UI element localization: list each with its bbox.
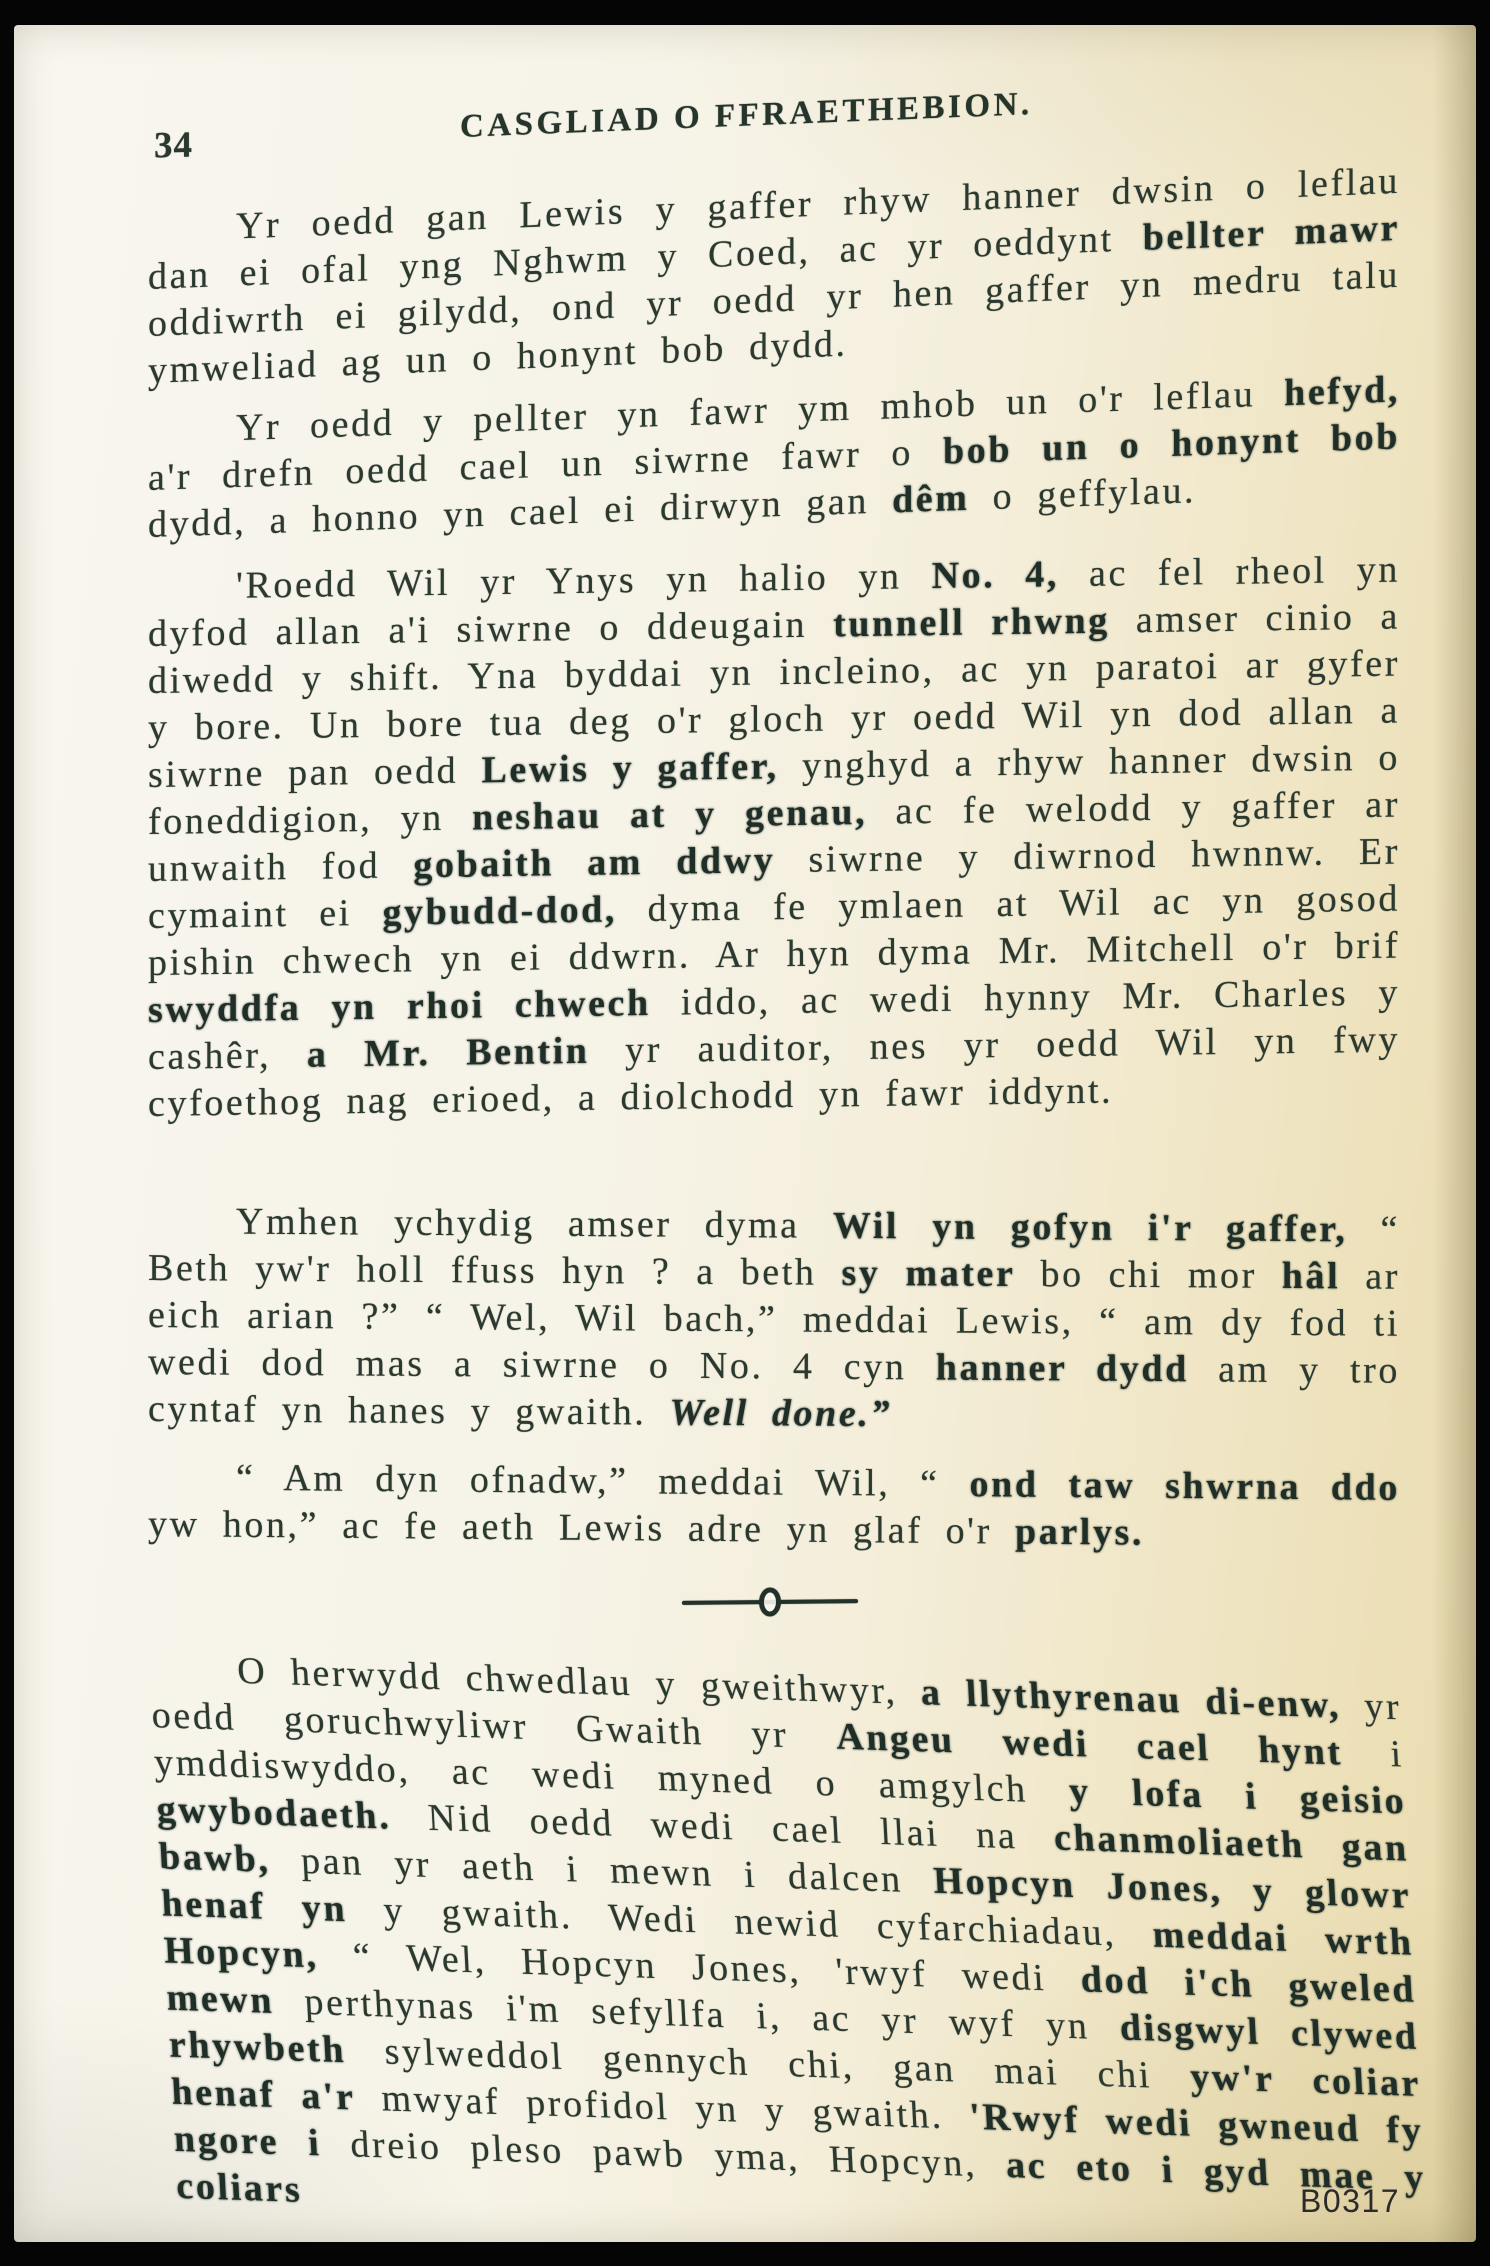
ink-heavy-run: Lewis y gaffer, bbox=[481, 745, 778, 791]
text-run: bo chi mor bbox=[1016, 1253, 1282, 1297]
scanned-book-photo: { "document": { "page_number": "34", "ru… bbox=[0, 0, 1490, 2266]
ink-heavy-run: neshau at y genau, bbox=[472, 791, 867, 839]
divider-circle-icon bbox=[759, 1587, 781, 1616]
scan-code-label: B0317 bbox=[1300, 2183, 1400, 2220]
text-run: Ymhen ychydig amser dyma bbox=[236, 1201, 833, 1247]
ink-heavy-run: bellter mawr bbox=[1143, 207, 1400, 259]
ink-heavy-run: a Mr. Bentin bbox=[307, 1030, 590, 1076]
ink-heavy-run: parlys. bbox=[1015, 1511, 1144, 1554]
page-text-layer: 34 CASGLIAD O FFRAETHEBION. Yr oedd gan … bbox=[14, 25, 1476, 2242]
ink-heavy-run: dêm bbox=[892, 477, 969, 522]
ink-heavy-run: ond taw shwrna ddo bbox=[969, 1463, 1400, 1509]
ink-heavy-run: bob un o honynt bob bbox=[943, 415, 1400, 472]
ink-heavy-run: gybudd-dod, bbox=[382, 888, 617, 933]
ink-heavy-run: No. 4, bbox=[932, 553, 1059, 597]
ink-heavy-run: tunnell rhwng bbox=[833, 600, 1110, 646]
text-run: 'Roedd Wil yr Ynys yn halio yn bbox=[236, 555, 932, 607]
ink-heavy-run: a llythyrenau di-enw, bbox=[920, 1671, 1342, 1726]
ink-heavy-run: Well done.” bbox=[670, 1392, 893, 1436]
paragraph: “ Am dyn ofnadw,” meddai Wil, “ ond taw … bbox=[148, 1454, 1400, 1559]
ink-heavy-run: Wil yn gofyn i'r gaffer, bbox=[833, 1205, 1347, 1251]
paragraph: O herwydd chwedlau y gweithwyr, a llythy… bbox=[148, 1645, 1430, 2249]
paragraph: 'Roedd Wil yr Ynys yn halio yn No. 4, ac… bbox=[148, 547, 1400, 1128]
ink-heavy-run: hanner dydd bbox=[936, 1346, 1189, 1390]
running-header: CASGLIAD O FFRAETHEBION. bbox=[460, 86, 1033, 147]
text-run: “ Am dyn ofnadw,” meddai Wil, “ bbox=[236, 1457, 969, 1505]
ink-heavy-run: gobaith am ddwy bbox=[413, 839, 775, 886]
section-divider bbox=[682, 1588, 858, 1616]
book-page: 34 CASGLIAD O FFRAETHEBION. Yr oedd gan … bbox=[14, 25, 1476, 2242]
ink-heavy-run: hâl bbox=[1282, 1255, 1341, 1297]
paragraph: Yr oedd gan Lewis y gaffer rhyw hanner d… bbox=[148, 158, 1400, 395]
text-run: o geffylau. bbox=[970, 469, 1197, 519]
text-run: yw hon,” ac fe aeth Lewis adre yn glaf o… bbox=[148, 1503, 1015, 1553]
ink-heavy-run: swyddfa yn rhoi chwech bbox=[148, 982, 651, 1031]
ink-heavy-run: sy mater bbox=[842, 1252, 1016, 1295]
paragraph: Yr oedd y pellter yn fawr ym mhob un o'r… bbox=[148, 366, 1400, 549]
paragraph: Ymhen ychydig amser dyma Wil yn gofyn i'… bbox=[148, 1198, 1400, 1442]
page-number: 34 bbox=[154, 127, 193, 165]
ink-heavy-run: hefyd, bbox=[1284, 368, 1400, 414]
